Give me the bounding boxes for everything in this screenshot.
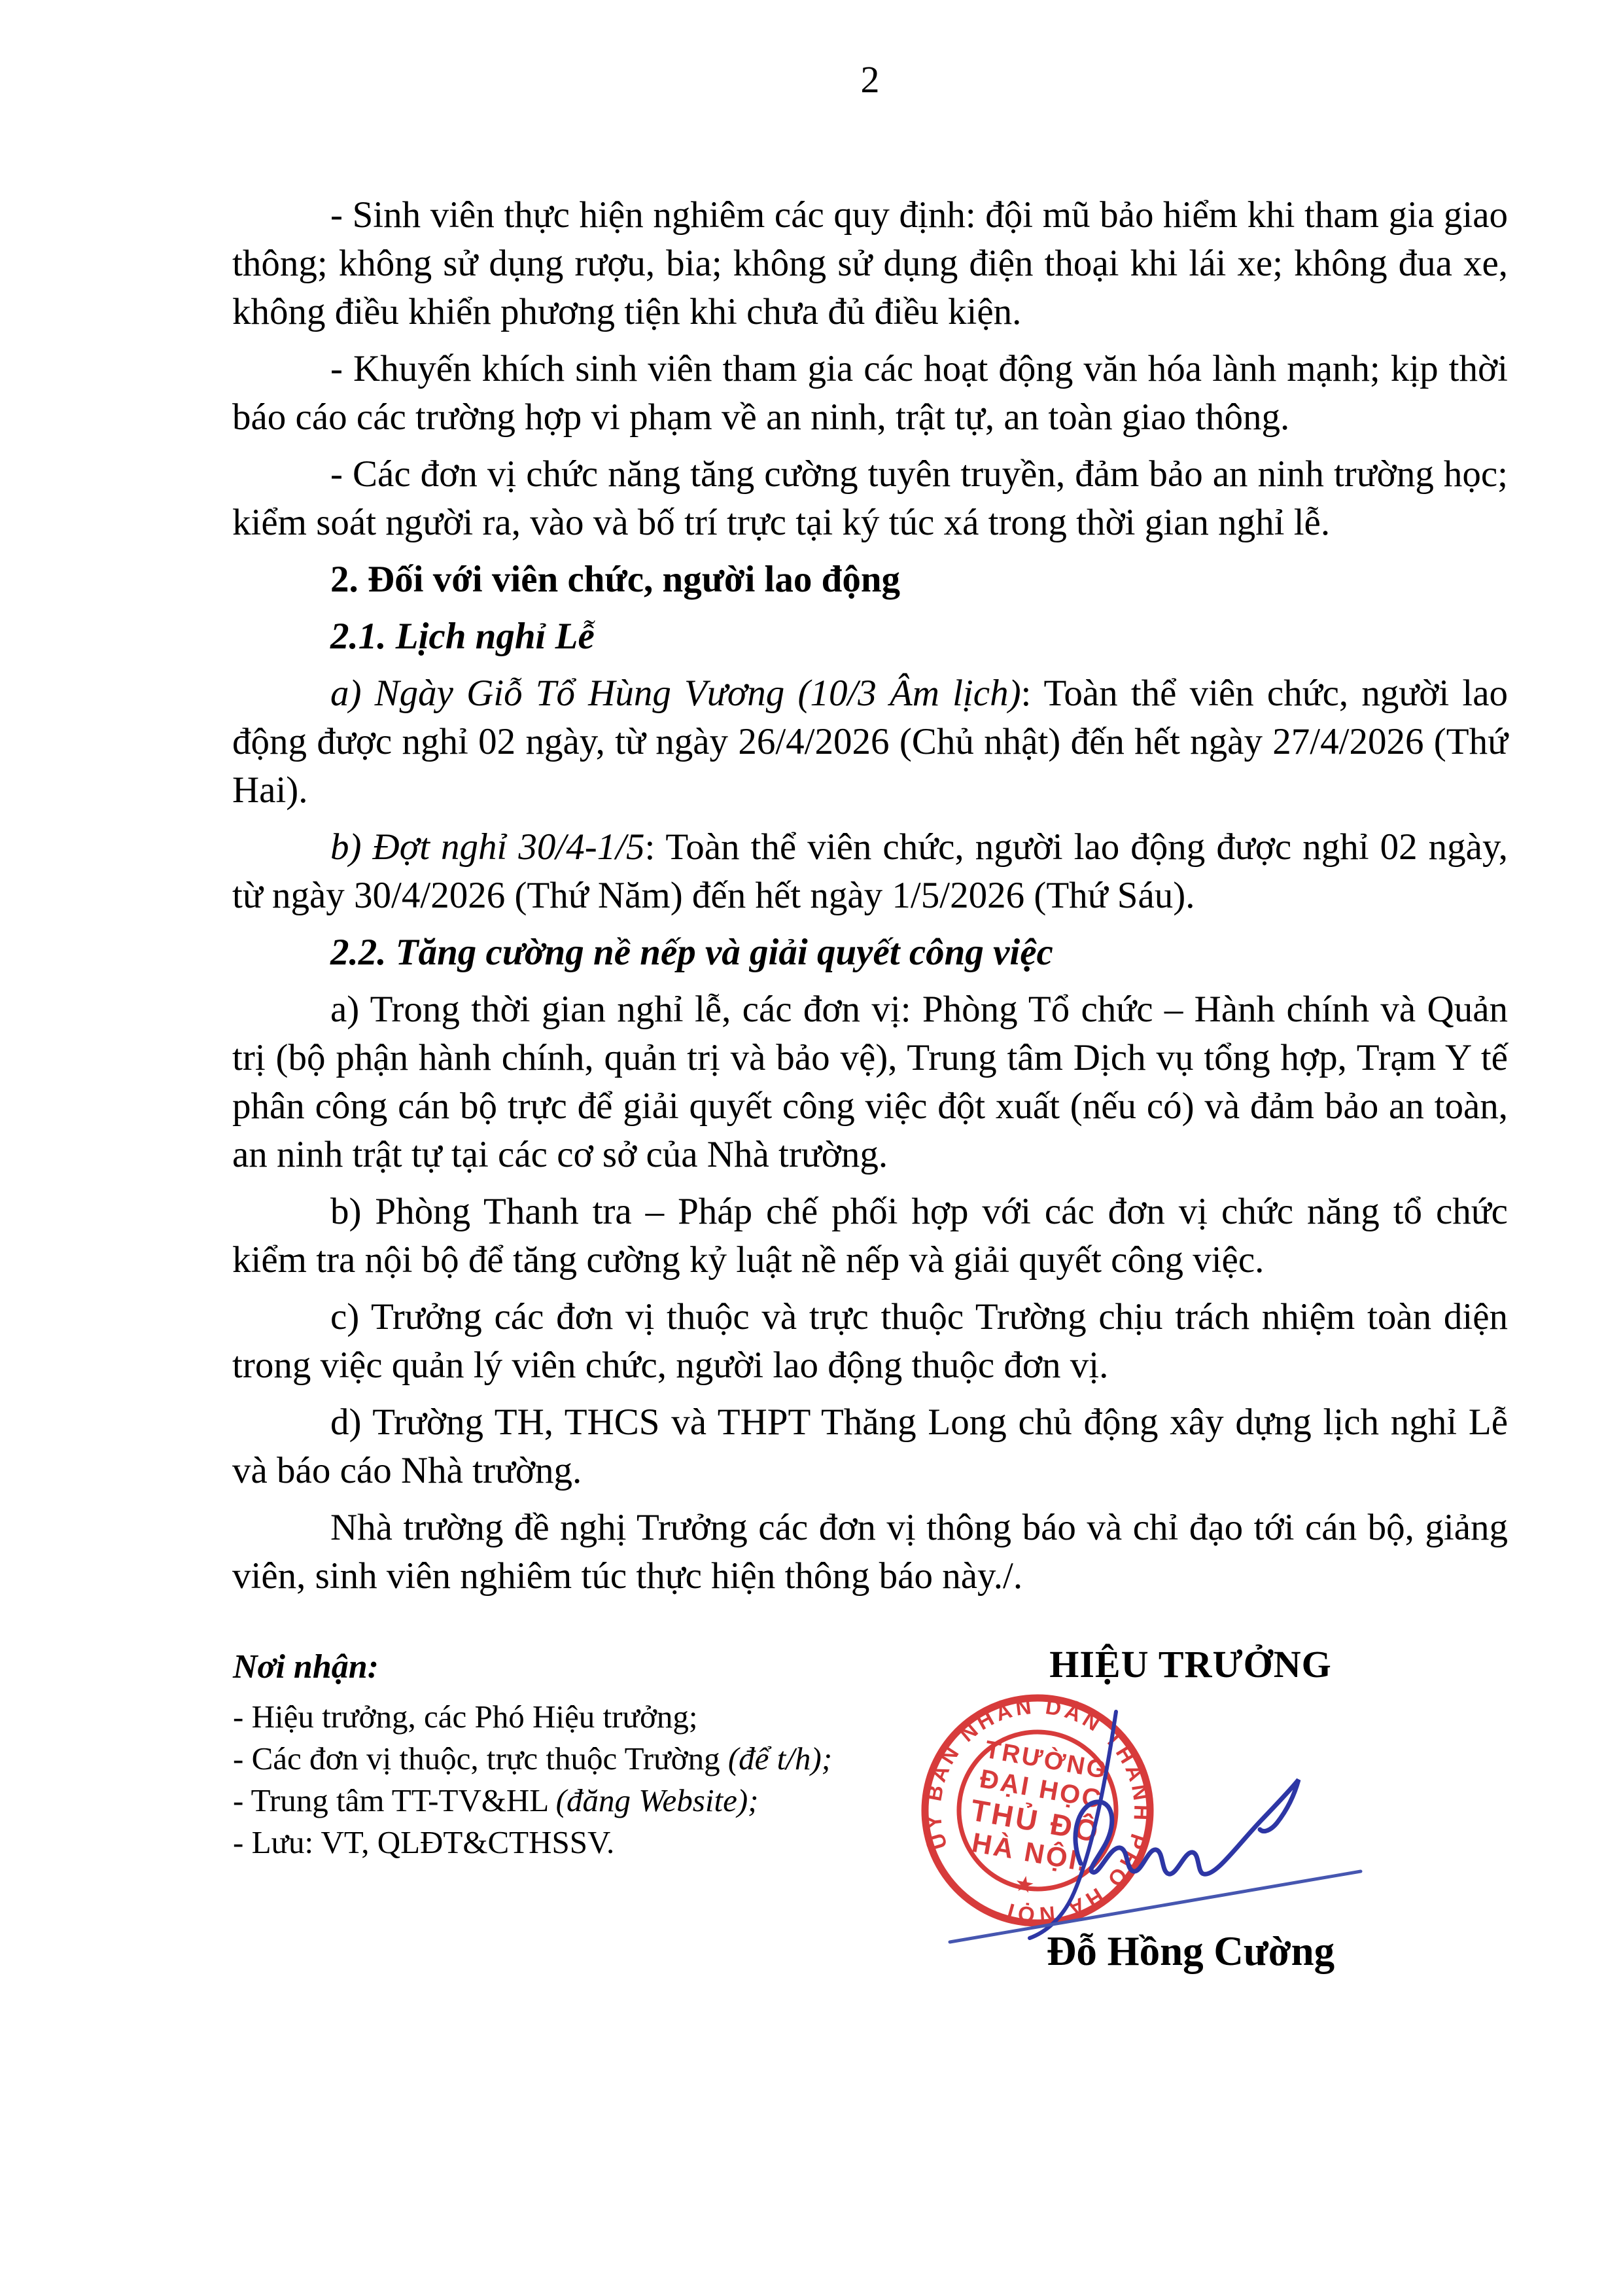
recipient-item: - Trung tâm TT-TV&HL (đăng Website); (233, 1780, 887, 1822)
paragraph-lead-italic: b) Đợt nghỉ 30/4-1/5 (330, 826, 645, 868)
section-heading: 2. Đối với viên chức, người lao động (232, 556, 1508, 604)
recipient-item: - Hiệu trưởng, các Phó Hiệu trưởng; (233, 1696, 887, 1738)
document-body: - Sinh viên thực hiện nghiêm các quy địn… (232, 191, 1508, 1609)
recipients-label: Nơi nhận: (233, 1646, 887, 1688)
recipient-item: - Lưu: VT, QLĐT&CTHSSV. (233, 1822, 887, 1863)
recipient-item: - Các đơn vị thuộc, trực thuộc Trường (đ… (233, 1738, 887, 1780)
paragraph: a) Trong thời gian nghỉ lễ, các đơn vị: … (232, 985, 1508, 1179)
paragraph: Nhà trường đề nghị Trưởng các đơn vị thô… (232, 1504, 1508, 1600)
recipient-item-note: (đăng Website); (556, 1782, 759, 1818)
paragraph: d) Trường TH, THCS và THPT Thăng Long ch… (232, 1398, 1508, 1495)
paragraph: - Khuyến khích sinh viên tham gia các ho… (232, 345, 1508, 442)
paragraph: - Sinh viên thực hiện nghiêm các quy địn… (232, 191, 1508, 336)
section-heading: 2.2. Tăng cường nề nếp và giải quyết côn… (232, 928, 1508, 977)
paragraph: b) Phòng Thanh tra – Pháp chế phối hợp v… (232, 1188, 1508, 1284)
signature-vertical-stroke (1030, 1712, 1116, 1938)
signer-name: Đỗ Hồng Cường (1004, 1928, 1377, 1975)
signature-flourish-stroke (1075, 1780, 1299, 1874)
document-page: 2 - Sinh viên thực hiện nghiêm các quy đ… (0, 0, 1623, 2296)
paragraph: - Các đơn vị chức năng tăng cường tuyên … (232, 450, 1508, 547)
recipients-block: Nơi nhận: - Hiệu trưởng, các Phó Hiệu tr… (233, 1646, 887, 1863)
paragraph: a) Ngày Giỗ Tổ Hùng Vương (10/3 Âm lịch)… (232, 669, 1508, 815)
recipient-item-note: (để t/h); (728, 1740, 832, 1776)
signature-ink (903, 1682, 1387, 1969)
section-heading: 2.1. Lịch nghỉ Lễ (232, 612, 1508, 661)
signer-title: HIỆU TRƯỞNG (1017, 1642, 1364, 1686)
paragraph: b) Đợt nghỉ 30/4-1/5: Toàn thể viên chức… (232, 823, 1508, 920)
page-number: 2 (232, 58, 1508, 101)
recipients-list: - Hiệu trưởng, các Phó Hiệu trưởng;- Các… (233, 1696, 887, 1863)
paragraph-lead-italic: a) Ngày Giỗ Tổ Hùng Vương (10/3 Âm lịch) (330, 673, 1021, 714)
paragraph: c) Trưởng các đơn vị thuộc và trực thuộc… (232, 1293, 1508, 1390)
